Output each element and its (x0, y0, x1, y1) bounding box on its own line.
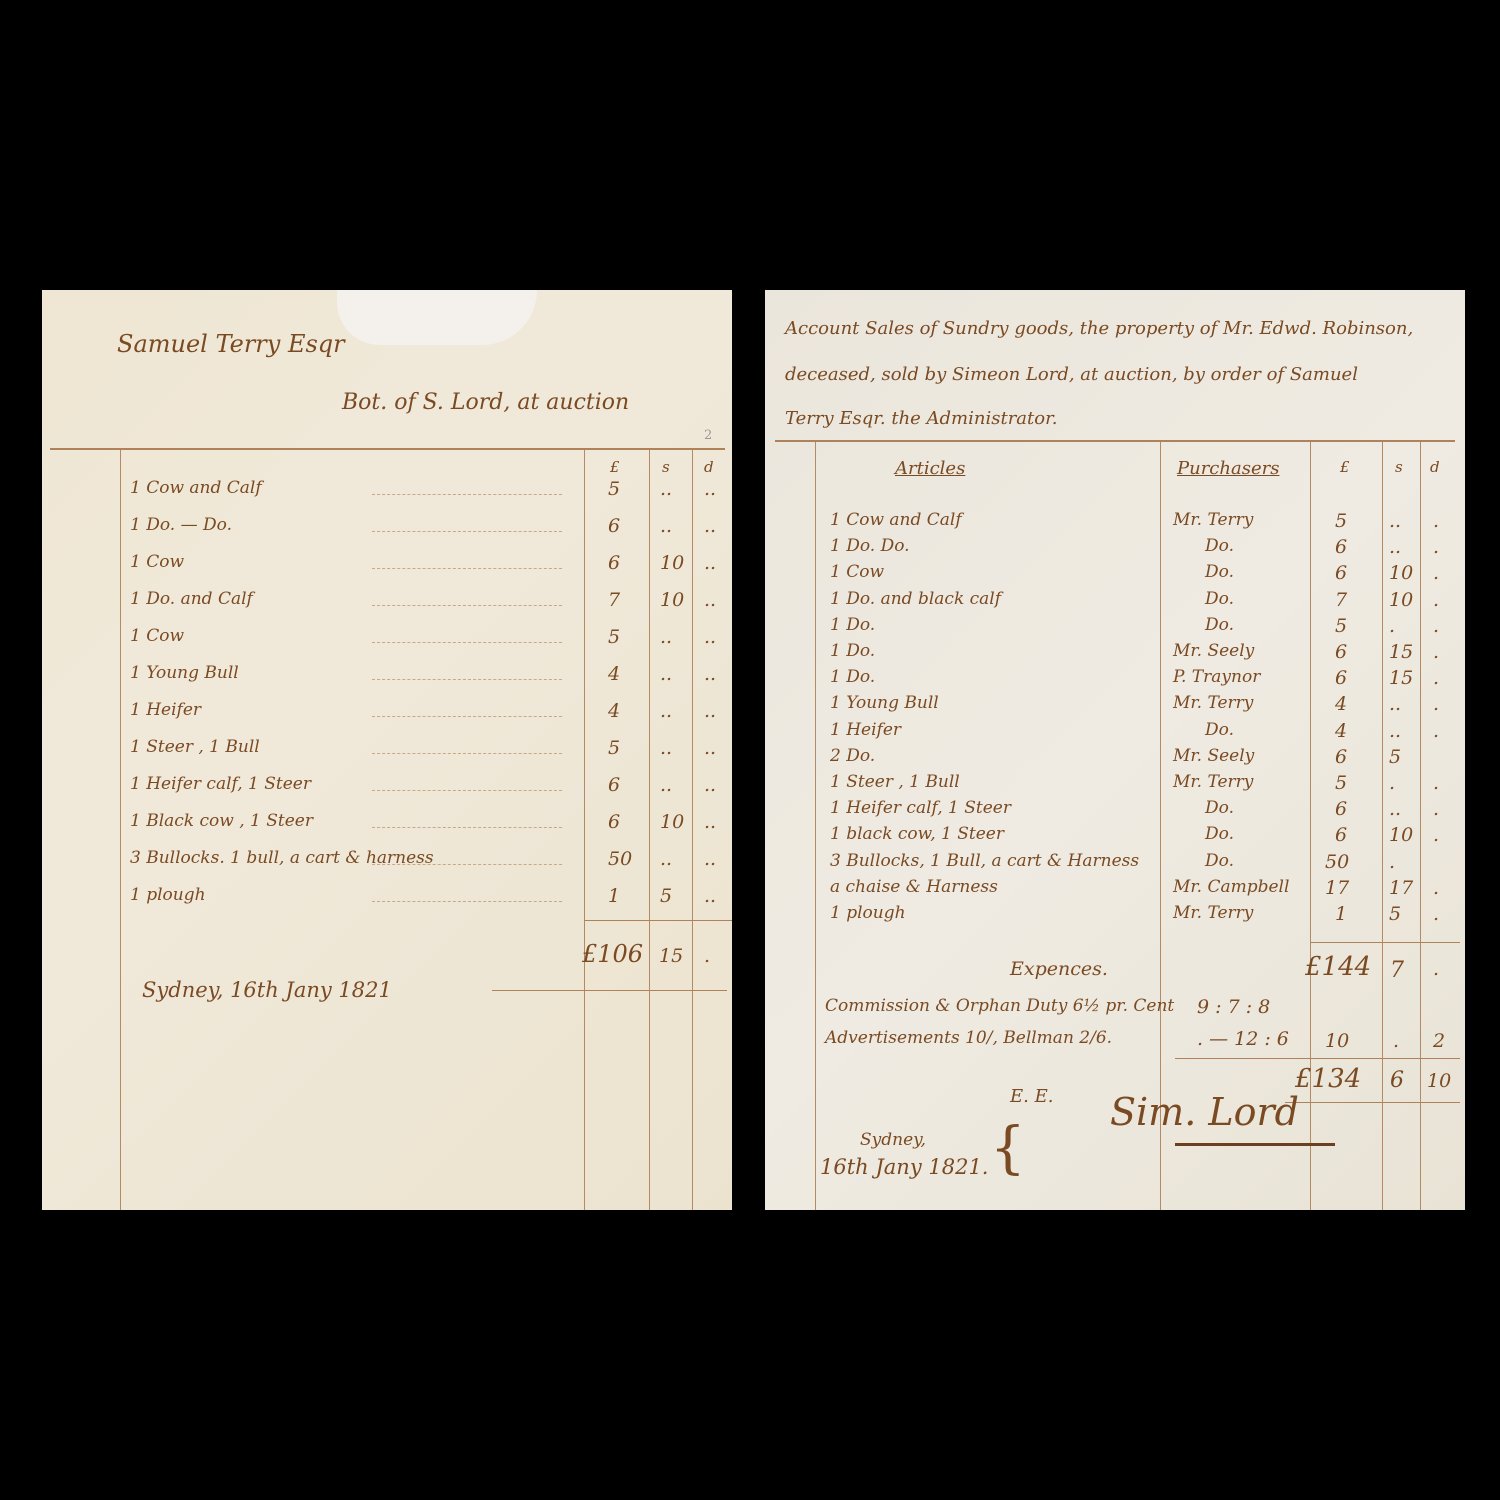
item-pounds: 5 (608, 478, 620, 500)
item-shillings: .. (1389, 720, 1401, 742)
item-description: 1 Young Bull (830, 693, 939, 713)
item-pounds: 6 (1335, 667, 1347, 689)
addressee: Samuel Terry Esqr (117, 330, 345, 358)
expenses-title: Expences. (1010, 958, 1108, 980)
item-shillings: . (1389, 615, 1395, 637)
item-purchaser: Do. (1205, 824, 1234, 844)
item-purchaser: Mr. Terry (1173, 510, 1253, 530)
item-description: 1 Heifer (830, 720, 901, 740)
item-pence: . (1433, 720, 1439, 742)
item-shillings: 17 (1389, 877, 1413, 899)
articles-column-header: Articles (895, 458, 965, 479)
item-pence: .. (704, 515, 716, 537)
column-rule (649, 450, 650, 1210)
item-pounds: 6 (608, 515, 620, 537)
item-purchaser: Do. (1205, 720, 1234, 740)
item-pounds: 1 (1335, 903, 1347, 925)
gross-total-pounds: £144 (1305, 952, 1371, 982)
margin-rule (120, 450, 121, 1210)
item-pence: .. (704, 811, 716, 833)
item-pence: . (1433, 824, 1439, 846)
item-description: 1 Do. (830, 641, 875, 661)
item-shillings: 10 (660, 552, 684, 574)
item-pounds: 50 (608, 848, 632, 870)
item-description: 1 Heifer (130, 700, 201, 720)
item-pounds: 5 (1335, 510, 1347, 532)
item-pounds: 6 (608, 774, 620, 796)
column-rule (1420, 442, 1421, 1210)
column-rule (692, 450, 693, 1210)
item-pounds: 6 (1335, 562, 1347, 584)
item-pounds: 7 (608, 589, 620, 611)
item-description: 1 Black cow , 1 Steer (130, 811, 313, 831)
header-rule (775, 440, 1455, 442)
total-shillings: 15 (659, 945, 683, 967)
leader-dashes (372, 531, 562, 533)
leader-dashes (372, 864, 562, 866)
signature: Sim. Lord (1110, 1090, 1299, 1134)
item-description: 1 Cow (130, 552, 184, 572)
item-pounds: 4 (1335, 693, 1347, 715)
torn-paper-area (337, 290, 537, 345)
leader-dashes (372, 568, 562, 570)
item-shillings: 10 (660, 589, 684, 611)
leader-dashes (372, 679, 562, 681)
item-shillings: .. (660, 663, 672, 685)
item-description: 1 Steer , 1 Bull (830, 772, 960, 792)
heading-line-1: Account Sales of Sundry goods, the prope… (785, 318, 1413, 339)
item-pence: . (1433, 615, 1439, 637)
leader-dashes (372, 605, 562, 607)
margin-rule (815, 442, 816, 1210)
item-description: 1 Heifer calf, 1 Steer (130, 774, 311, 794)
item-pounds: 6 (1335, 641, 1347, 663)
item-shillings: .. (1389, 510, 1401, 532)
expense-item-amount: . — 12 : 6 (1197, 1028, 1289, 1050)
date-line-1: Sydney, (860, 1130, 926, 1150)
net-total-pounds: £134 (1295, 1064, 1361, 1094)
item-pence: . (1433, 798, 1439, 820)
item-description: 1 Cow and Calf (130, 478, 262, 498)
heading-line-3: Terry Esqr. the Administrator. (785, 408, 1057, 429)
leader-dashes (372, 790, 562, 792)
item-pence: . (1433, 903, 1439, 925)
item-shillings: 10 (1389, 824, 1413, 846)
item-pounds: 4 (1335, 720, 1347, 742)
leader-dashes (372, 642, 562, 644)
item-pounds: 6 (608, 552, 620, 574)
item-pounds: 5 (608, 626, 620, 648)
gross-total-rule (1310, 942, 1460, 943)
item-purchaser: Do. (1205, 798, 1234, 818)
item-description: 1 Heifer calf, 1 Steer (830, 798, 1011, 818)
item-pence: . (1433, 641, 1439, 663)
total-pence: . (704, 945, 710, 967)
page-heading: Bot. of S. Lord, at auction (342, 390, 629, 415)
item-shillings: . (1389, 851, 1395, 873)
item-description: 1 Do. and black calf (830, 589, 1001, 609)
leader-dashes (372, 753, 562, 755)
item-pence: .. (704, 626, 716, 648)
item-pence: . (1433, 693, 1439, 715)
item-pounds: 6 (608, 811, 620, 833)
item-shillings: 5 (1389, 903, 1401, 925)
item-description: 3 Bullocks, 1 Bull, a cart & Harness (830, 851, 1139, 871)
item-pence: .. (704, 848, 716, 870)
date-line: Sydney, 16th Jany 1821 (142, 978, 392, 1002)
item-shillings: .. (660, 737, 672, 759)
item-purchaser: Mr. Terry (1173, 693, 1253, 713)
item-purchaser: Do. (1205, 851, 1234, 871)
item-pence: .. (704, 737, 716, 759)
item-shillings: .. (1389, 536, 1401, 558)
item-shillings: 10 (1389, 589, 1413, 611)
item-pounds: 6 (1335, 824, 1347, 846)
item-shillings: .. (660, 700, 672, 722)
item-purchaser: Do. (1205, 589, 1234, 609)
item-shillings: 5 (1389, 746, 1401, 768)
item-shillings: 10 (660, 811, 684, 833)
item-description: 1 Do. Do. (830, 536, 910, 556)
total-pounds: £106 (582, 940, 643, 968)
item-pounds: 6 (1335, 798, 1347, 820)
item-pounds: 4 (608, 663, 620, 685)
gross-total-shillings: 7 (1390, 958, 1404, 983)
item-description: 1 Do. and Calf (130, 589, 253, 609)
net-total-rule (1285, 1102, 1460, 1103)
item-description: 1 Cow and Calf (830, 510, 962, 530)
pounds-header: £ (610, 458, 620, 476)
item-pence: . (1433, 877, 1439, 899)
ee-mark: E. E. (1010, 1086, 1053, 1107)
item-description: 1 Do. (830, 615, 875, 635)
item-purchaser: Do. (1205, 536, 1234, 556)
item-pence: . (1433, 589, 1439, 611)
item-description: 1 Young Bull (130, 663, 239, 683)
expense-item-desc: Advertisements 10/, Bellman 2/6. (825, 1028, 1112, 1048)
item-pounds: 5 (1335, 615, 1347, 637)
item-description: 1 Cow (830, 562, 884, 582)
page-number: 2 (704, 428, 712, 443)
item-description: 1 Steer , 1 Bull (130, 737, 260, 757)
item-pence: . (1433, 510, 1439, 532)
column-rule (1382, 442, 1383, 1210)
expense-item-desc: Commission & Orphan Duty 6½ pr. Cent (825, 996, 1174, 1016)
item-pounds: 7 (1335, 589, 1347, 611)
item-purchaser: Mr. Campbell (1173, 877, 1289, 897)
net-total-shillings: 6 (1390, 1068, 1404, 1093)
item-description: 1 Do. — Do. (130, 515, 232, 535)
leader-dashes (372, 494, 562, 496)
item-purchaser: Do. (1205, 562, 1234, 582)
item-shillings: .. (1389, 798, 1401, 820)
left-document-page: Samuel Terry Esqr Bot. of S. Lord, at au… (42, 290, 732, 1210)
column-rule (1310, 442, 1311, 1210)
item-pence: .. (704, 552, 716, 574)
pence-header: d (1430, 458, 1440, 476)
pence-header: d (704, 458, 714, 476)
item-purchaser: Mr. Seely (1173, 746, 1254, 766)
item-pence: . (1433, 562, 1439, 584)
item-pence: . (1433, 667, 1439, 689)
item-purchaser: Mr. Terry (1173, 772, 1253, 792)
item-pounds: 1 (608, 885, 620, 907)
leader-dashes (372, 716, 562, 718)
item-shillings: .. (660, 774, 672, 796)
heading-line-2: deceased, sold by Simeon Lord, at auctio… (785, 364, 1358, 385)
pounds-header: £ (1340, 458, 1350, 476)
expenses-total-pounds: 10 (1325, 1030, 1349, 1052)
expenses-total-rule (1310, 1058, 1460, 1059)
brace-mark: { (990, 1116, 1026, 1181)
item-description: 1 Cow (130, 626, 184, 646)
item-purchaser: Do. (1205, 615, 1234, 635)
total-rule (584, 920, 732, 921)
item-pence: .. (704, 700, 716, 722)
item-description: 1 Do. (830, 667, 875, 687)
item-pounds: 50 (1325, 851, 1349, 873)
item-description: 2 Do. (830, 746, 875, 766)
item-pence: . (1433, 772, 1439, 794)
item-shillings: .. (660, 626, 672, 648)
item-shillings: 5 (660, 885, 672, 907)
item-description: 1 plough (130, 885, 206, 905)
shillings-header: s (1395, 458, 1403, 476)
column-rule (584, 450, 585, 1210)
item-pence: .. (704, 589, 716, 611)
expenses-total-shillings: . (1393, 1030, 1399, 1052)
item-shillings: 10 (1389, 562, 1413, 584)
item-pounds: 6 (1335, 746, 1347, 768)
item-pounds: 4 (608, 700, 620, 722)
gross-total-pence: . (1433, 958, 1439, 980)
item-description: 1 black cow, 1 Steer (830, 824, 1004, 844)
item-shillings: . (1389, 772, 1395, 794)
header-rule (50, 448, 725, 450)
item-pence: .. (704, 478, 716, 500)
item-shillings: .. (660, 478, 672, 500)
total-underline (492, 990, 727, 991)
item-shillings: .. (1389, 693, 1401, 715)
signature-underline (1175, 1143, 1335, 1146)
expenses-total-pence: 2 (1433, 1030, 1445, 1052)
item-purchaser: Mr. Seely (1173, 641, 1254, 661)
item-shillings: 15 (1389, 641, 1413, 663)
item-shillings: .. (660, 515, 672, 537)
item-pounds: 17 (1325, 877, 1349, 899)
item-pounds: 5 (608, 737, 620, 759)
expenses-underline (1175, 1058, 1310, 1059)
item-purchaser: P. Traynor (1173, 667, 1260, 687)
item-description: a chaise & Harness (830, 877, 998, 897)
shillings-header: s (662, 458, 670, 476)
purchasers-column-header: Purchasers (1177, 458, 1279, 479)
item-pence: . (1433, 536, 1439, 558)
net-total-pence: 10 (1427, 1070, 1451, 1092)
item-shillings: 15 (1389, 667, 1413, 689)
expense-item-amount: 9 : 7 : 8 (1197, 996, 1270, 1018)
item-pence: .. (704, 885, 716, 907)
item-pence: .. (704, 774, 716, 796)
item-description: 1 plough (830, 903, 906, 923)
item-purchaser: Mr. Terry (1173, 903, 1253, 923)
item-pounds: 5 (1335, 772, 1347, 794)
leader-dashes (372, 901, 562, 903)
leader-dashes (372, 827, 562, 829)
item-pounds: 6 (1335, 536, 1347, 558)
item-pence: .. (704, 663, 716, 685)
right-document-page: Account Sales of Sundry goods, the prope… (765, 290, 1465, 1210)
date-line-2: 16th Jany 1821. (820, 1155, 988, 1179)
item-shillings: .. (660, 848, 672, 870)
